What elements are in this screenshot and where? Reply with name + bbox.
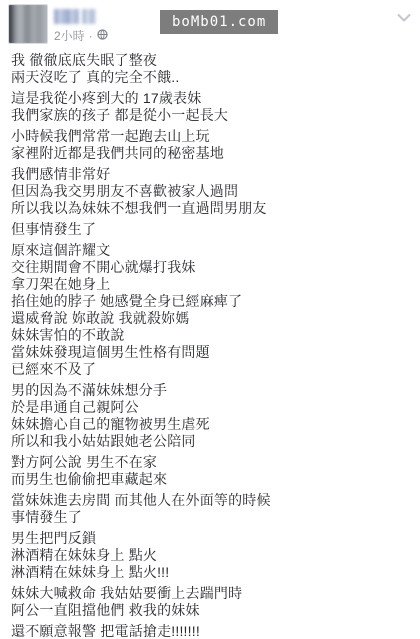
- post-timestamp[interactable]: 2小時: [54, 27, 85, 44]
- post-paragraph: 我 徹徹底底失眠了整夜兩天沒吃了 真的完全不餓..: [11, 52, 408, 86]
- globe-privacy-icon: [97, 29, 108, 43]
- post-line: 已經來不及了: [11, 361, 408, 378]
- post-line: 男生把門反鎖: [11, 530, 408, 547]
- post-line: 我們感情非常好: [11, 166, 408, 183]
- post-line: 但因為我交男朋友不喜歡被家人過問: [11, 183, 408, 200]
- post-options-chevron-icon[interactable]: [397, 10, 411, 20]
- profile-avatar[interactable]: [8, 4, 48, 44]
- post-line: 於是串通自己親阿公: [11, 399, 408, 416]
- facebook-post-card: 2小時 · boMb01.com 我 徹徹底底失眠了整夜兩天沒吃了 真的完全不餓…: [0, 0, 420, 639]
- post-line: 而男生也偷偷把車藏起來: [11, 471, 408, 488]
- post-line: 阿公一直阻擋他們 救我的妹妹: [11, 602, 408, 619]
- meta-separator: ·: [89, 29, 93, 43]
- post-line: 原來這個許耀文: [11, 242, 408, 259]
- post-line: 交往期間會不開心就爆打我妹: [11, 259, 408, 276]
- post-header: 2小時 · boMb01.com: [0, 0, 420, 50]
- post-paragraph: 對方阿公說 男生不在家而男生也偷偷把車藏起來: [11, 454, 408, 488]
- post-paragraph: 男的因為不滿妹妹想分手於是串通自己親阿公妹妹擔心自己的寵物被男生虐死所以和我小姑…: [11, 382, 408, 450]
- avatar-blurred-image: [8, 4, 48, 44]
- watermark: boMb01.com: [160, 10, 278, 34]
- post-meta-row: 2小時 ·: [54, 27, 108, 44]
- post-line: 當妹妹進去房間 而其他人在外面等的時候: [11, 492, 408, 509]
- post-paragraph: 原來這個許耀文交往期間會不開心就爆打我妹拿刀架在她身上掐住她的脖子 她感覺全身已…: [11, 242, 408, 378]
- post-line: 所以我以為妹妹不想我們一直過問男朋友: [11, 200, 408, 217]
- post-paragraph: 妹妹大喊救命 我姑姑要衝上去踹門時阿公一直阻擋他們 救我的妹妹: [11, 585, 408, 619]
- post-line: 妹妹大喊救命 我姑姑要衝上去踹門時: [11, 585, 408, 602]
- post-line: 我們家族的孩子 都是從小一起長大: [11, 107, 408, 124]
- post-line: 對方阿公說 男生不在家: [11, 454, 408, 471]
- post-line: 所以和我小姑姑跟她老公陪同: [11, 433, 408, 450]
- post-line: 拿刀架在她身上: [11, 276, 408, 293]
- post-line: 但事情發生了: [11, 221, 408, 238]
- post-line: 妹妹擔心自己的寵物被男生虐死: [11, 416, 408, 433]
- post-line: 掐住她的脖子 她感覺全身已經麻痺了: [11, 293, 408, 310]
- post-line: 男的因為不滿妹妹想分手: [11, 382, 408, 399]
- post-paragraph: 但事情發生了: [11, 221, 408, 238]
- name-blur-block: [54, 9, 79, 24]
- post-line: 淋酒精在妹妹身上 點火!!!: [11, 564, 408, 581]
- name-blur-block: [82, 9, 96, 24]
- post-line: 當妹妹發現這個男生性格有問題: [11, 344, 408, 361]
- profile-name-redacted[interactable]: [54, 9, 96, 24]
- post-paragraph: 這是我從小疼到大的 17歲表妹我們家族的孩子 都是從小一起長大: [11, 90, 408, 124]
- post-paragraph: 當妹妹進去房間 而其他人在外面等的時候事情發生了: [11, 492, 408, 526]
- post-line: 小時候我們常常一起跑去山上玩: [11, 128, 408, 145]
- post-line: 這是我從小疼到大的 17歲表妹: [11, 90, 408, 107]
- post-paragraph: 小時候我們常常一起跑去山上玩家裡附近都是我們共同的秘密基地: [11, 128, 408, 162]
- post-line: 還威脅說 妳敢說 我就殺妳媽: [11, 310, 408, 327]
- post-paragraph: 男生把門反鎖淋酒精在妹妹身上 點火淋酒精在妹妹身上 點火!!!: [11, 530, 408, 581]
- post-paragraph: 還不願意報警 把電話搶走!!!!!!!: [11, 623, 408, 639]
- post-line: 家裡附近都是我們共同的秘密基地: [11, 145, 408, 162]
- post-line: 兩天沒吃了 真的完全不餓..: [11, 69, 408, 86]
- post-paragraph: 我們感情非常好但因為我交男朋友不喜歡被家人過問所以我以為妹妹不想我們一直過問男朋…: [11, 166, 408, 217]
- post-line: 我 徹徹底底失眠了整夜: [11, 52, 408, 69]
- post-body: 我 徹徹底底失眠了整夜兩天沒吃了 真的完全不餓..這是我從小疼到大的 17歲表妹…: [0, 50, 420, 639]
- post-line: 還不願意報警 把電話搶走!!!!!!!: [11, 623, 408, 639]
- post-line: 事情發生了: [11, 509, 408, 526]
- post-line: 淋酒精在妹妹身上 點火: [11, 547, 408, 564]
- post-line: 妹妹害怕的不敢說: [11, 327, 408, 344]
